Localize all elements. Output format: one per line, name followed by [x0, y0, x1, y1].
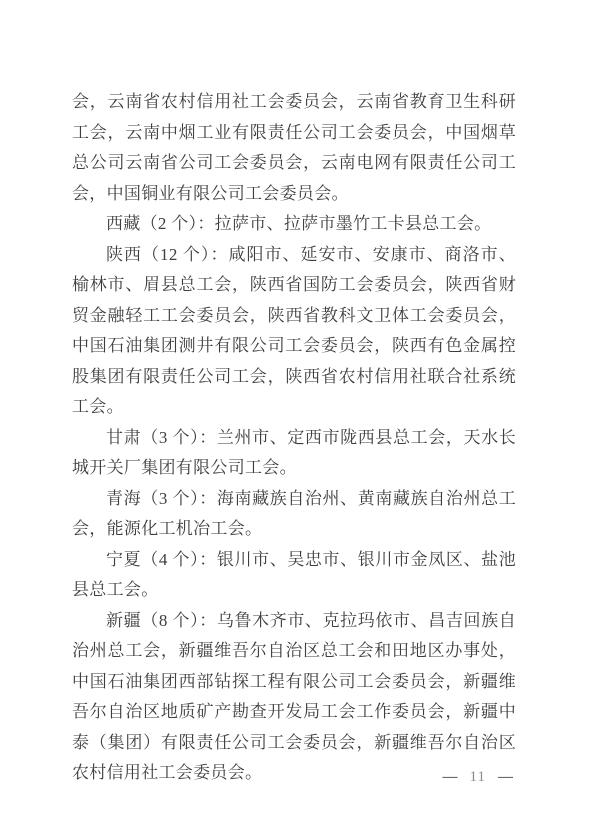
document-paragraph: 青海（3 个）：海南藏族自治州、黄南藏族自治州总工会，能源化工机冶工会。 [72, 484, 516, 545]
document-paragraph: 陕西（12 个）：咸阳市、延安市、安康市、商洛市、榆林市、眉县总工会，陕西省国防… [72, 240, 516, 423]
document-paragraph: 会，云南省农村信用社工会委员会，云南省教育卫生科研工会，云南中烟工业有限责任公司… [72, 87, 516, 209]
document-paragraph: 新疆（8 个）：乌鲁木齐市、克拉玛依市、昌吉回族自治州总工会，新疆维吾尔自治区总… [72, 606, 516, 789]
page-number: 11 [470, 767, 486, 787]
document-body: 会，云南省农村信用社工会委员会，云南省教育卫生科研工会，云南中烟工业有限责任公司… [72, 87, 516, 789]
document-paragraph: 宁夏（4 个）：银川市、吴忠市、银川市金凤区、盐池县总工会。 [72, 545, 516, 606]
footer-dash-left: — [443, 767, 458, 787]
document-paragraph: 西藏（2 个）：拉萨市、拉萨市墨竹工卡县总工会。 [72, 209, 516, 240]
document-page: 会，云南省农村信用社工会委员会，云南省教育卫生科研工会，云南中烟工业有限责任公司… [0, 0, 600, 825]
footer-dash-right: — [498, 767, 513, 787]
document-paragraph: 甘肃（3 个）：兰州市、定西市陇西县总工会，天水长城开关厂集团有限公司工会。 [72, 423, 516, 484]
page-footer: — 11 — [443, 767, 513, 787]
